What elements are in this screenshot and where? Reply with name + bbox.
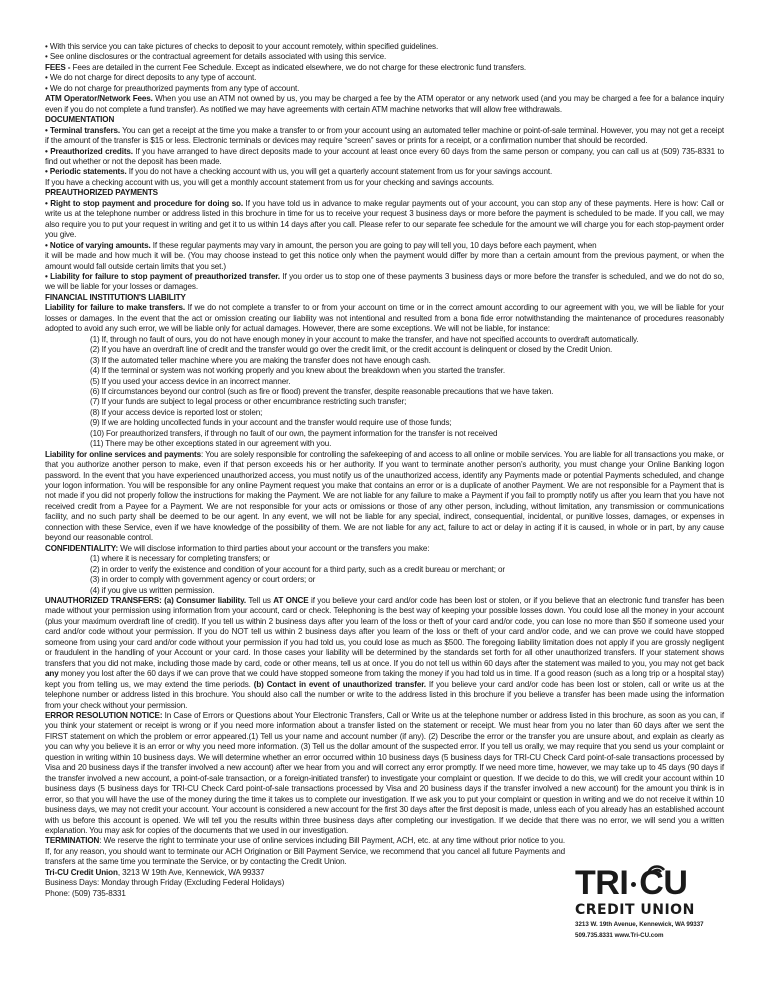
termination-section: TERMINATION: We reserve the right to ter… bbox=[45, 836, 565, 899]
exception-item: (4) If the terminal or system was not wo… bbox=[90, 366, 724, 376]
confidentiality-item: (3) in order to comply with government a… bbox=[90, 575, 724, 585]
org-contact-line: Tri-CU Credit Union, 3213 W 19th Ave, Ke… bbox=[45, 868, 565, 878]
confidentiality-heading: CONFIDENTIALITY: bbox=[45, 544, 118, 553]
fees-section: FEES - Fees are detailed in the current … bbox=[45, 63, 724, 73]
logo-subtitle: CREDIT UNION bbox=[575, 902, 735, 918]
logo-wordmark: TRI CU bbox=[575, 868, 735, 898]
phone-line: Phone: (509) 735-8331 bbox=[45, 889, 565, 899]
exception-item: (2) If you have an overdraft line of cre… bbox=[90, 345, 724, 355]
exception-item: (10) For preauthorized transfers, if thr… bbox=[90, 429, 724, 439]
exception-item: (8) If your access device is reported lo… bbox=[90, 408, 724, 418]
logo-dot-icon bbox=[631, 882, 636, 887]
stop-payment-paragraph: • Right to stop payment and procedure fo… bbox=[45, 199, 724, 241]
exception-item: (6) If circumstances beyond our control … bbox=[90, 387, 724, 397]
documentation-heading: DOCUMENTATION bbox=[45, 115, 724, 125]
varying-amounts-continued: it will be made and how much it will be.… bbox=[45, 251, 724, 272]
confidentiality-paragraph: CONFIDENTIALITY: We will disclose inform… bbox=[45, 544, 724, 554]
stop-liability-paragraph: • Liability for failure to stop payment … bbox=[45, 272, 724, 293]
unauthorized-transfers-paragraph: UNAUTHORIZED TRANSFERS: (a) Consumer lia… bbox=[45, 596, 724, 711]
error-resolution-paragraph: ERROR RESOLUTION NOTICE: In Case of Erro… bbox=[45, 711, 724, 836]
exception-item: (7) If your funds are subject to legal p… bbox=[90, 397, 724, 407]
varying-amounts-paragraph: • Notice of varying amounts. If these re… bbox=[45, 241, 724, 251]
logo-address: 3213 W. 19th Avenue, Kennewick, WA 99337 bbox=[575, 920, 735, 929]
periodic-statements-paragraph: • Periodic statements. If you do not hav… bbox=[45, 167, 724, 177]
termination-paragraph: TERMINATION: We reserve the right to ter… bbox=[45, 836, 565, 867]
logo-contact: 509.735.8331 www.Tri-CU.com bbox=[575, 931, 735, 940]
online-liability-paragraph: Liability for online services and paymen… bbox=[45, 450, 724, 544]
exception-item: (3) If the automated teller machine wher… bbox=[90, 356, 724, 366]
unauthorized-heading: UNAUTHORIZED TRANSFERS: (a) Consumer lia… bbox=[45, 596, 246, 605]
confidentiality-item: (1) where it is necessary for completing… bbox=[90, 554, 724, 564]
fees-heading: FEES - bbox=[45, 63, 70, 72]
exceptions-list: (1) If, through no fault of ours, you do… bbox=[45, 335, 724, 450]
confidentiality-item: (4) if you give us written permission. bbox=[90, 586, 724, 596]
terminal-transfers-paragraph: • Terminal transfers. You can get a rece… bbox=[45, 126, 724, 147]
fi-liability-heading: FINANCIAL INSTITUTION'S LIABILITY bbox=[45, 293, 724, 303]
confidentiality-list: (1) where it is necessary for completing… bbox=[45, 554, 724, 596]
remote-deposit-bullet: • With this service you can take picture… bbox=[45, 42, 724, 52]
exception-item: (1) If, through no fault of ours, you do… bbox=[90, 335, 724, 345]
tri-cu-logo: TRI CU CREDIT UNION 3213 W. 19th Avenue,… bbox=[575, 868, 735, 940]
exception-item: (9) If we are holding uncollected funds … bbox=[90, 418, 724, 428]
exception-item: (11) There may be other exceptions state… bbox=[90, 439, 724, 449]
fees-bullet-direct-deposit: • We do not charge for direct deposits t… bbox=[45, 73, 724, 83]
fees-bullet-preauthorized: • We do not charge for preauthorized pay… bbox=[45, 84, 724, 94]
business-days-line: Business Days: Monday through Friday (Ex… bbox=[45, 878, 565, 888]
checking-statements-line: If you have a checking account with us, … bbox=[45, 178, 724, 188]
preauthorized-payments-heading: PREAUTHORIZED PAYMENTS bbox=[45, 188, 724, 198]
disclosure-document: • With this service you can take picture… bbox=[45, 42, 724, 899]
online-disclosure-bullet: • See online disclosures or the contract… bbox=[45, 52, 724, 62]
wifi-signal-icon bbox=[645, 862, 667, 876]
confidentiality-item: (2) in order to verify the existence and… bbox=[90, 565, 724, 575]
termination-heading: TERMINATION bbox=[45, 836, 99, 845]
atm-fees-heading: ATM Operator/Network Fees. bbox=[45, 94, 153, 103]
failure-to-transfer-paragraph: Liability for failure to make transfers.… bbox=[45, 303, 724, 334]
preauthorized-credits-paragraph: • Preauthorized credits. If you have arr… bbox=[45, 147, 724, 168]
atm-fees-paragraph: ATM Operator/Network Fees. When you use … bbox=[45, 94, 724, 115]
exception-item: (5) If you used your access device in an… bbox=[90, 377, 724, 387]
error-resolution-heading: ERROR RESOLUTION NOTICE: bbox=[45, 711, 162, 720]
